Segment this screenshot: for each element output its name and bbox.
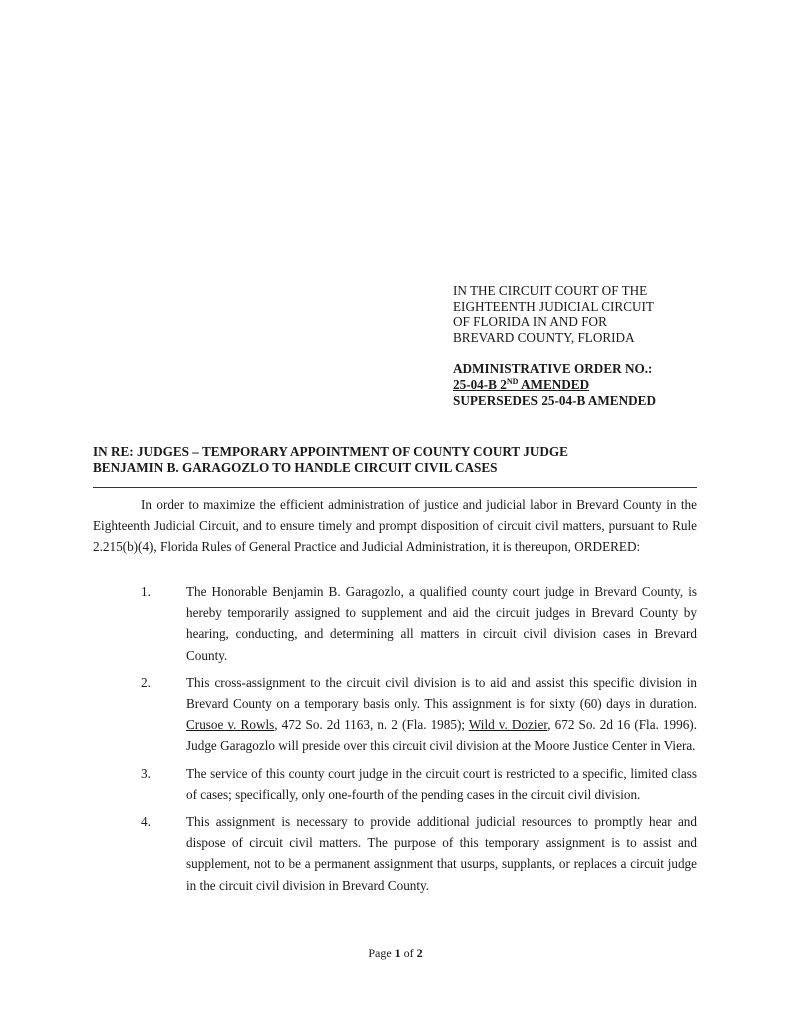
item-text: The Honorable Benjamin B. Garagozlo, a q… [186,584,697,663]
ordered-item: 4. This assignment is necessary to provi… [93,811,697,896]
ordered-item: 1. The Honorable Benjamin B. Garagozlo, … [93,581,697,666]
supersedes-line: SUPERSEDES 25-04-B AMENDED [453,393,753,409]
item-number: 4. [141,811,151,832]
ordered-item: 3. The service of this county court judg… [93,763,697,805]
order-superscript: ND [507,377,519,386]
case-citation: Crusoe v. Rowls [186,717,274,732]
item-number: 3. [141,763,151,784]
preamble-paragraph: In order to maximize the efficient admin… [93,494,697,558]
order-number-base: 25-04-B 2 [453,377,507,392]
ordered-items-list: 1. The Honorable Benjamin B. Garagozlo, … [93,581,697,902]
total-pages: 2 [417,946,423,960]
court-line: BREVARD COUNTY, FLORIDA [453,330,753,346]
divider-rule [93,487,697,488]
court-line: IN THE CIRCUIT COURT OF THE [453,283,753,299]
item-text: This assignment is necessary to provide … [186,814,697,893]
court-line: EIGHTEENTH JUDICIAL CIRCUIT [453,299,753,315]
item-text: This cross-assignment to the circuit civ… [186,675,697,711]
order-suffix: AMENDED [518,377,589,392]
page-word: Page [368,946,394,960]
item-number: 1. [141,581,151,602]
in-re-heading: IN RE: JUDGES – TEMPORARY APPOINTMENT OF… [93,444,713,475]
of-word: of [401,946,417,960]
ordered-item: 2. This cross-assignment to the circuit … [93,672,697,757]
order-number-block: ADMINISTRATIVE ORDER NO.: 25-04-B 2ND AM… [453,361,753,408]
item-text: , 472 So. 2d 1163, n. 2 (Fla. 1985); [274,717,469,732]
page-footer: Page 1 of 2 [0,946,791,961]
court-caption: IN THE CIRCUIT COURT OF THE EIGHTEENTH J… [453,283,753,408]
case-citation: Wild v. Dozier [469,717,547,732]
order-number: 25-04-B 2ND AMENDED [453,377,753,393]
preamble-text: In order to maximize the efficient admin… [93,497,697,554]
order-label: ADMINISTRATIVE ORDER NO.: [453,361,753,377]
in-re-line-1: IN RE: JUDGES – TEMPORARY APPOINTMENT OF… [93,444,713,460]
court-line: OF FLORIDA IN AND FOR [453,314,753,330]
item-text: The service of this county court judge i… [186,766,697,802]
in-re-line-2: BENJAMIN B. GARAGOZLO TO HANDLE CIRCUIT … [93,460,713,476]
item-number: 2. [141,672,151,693]
